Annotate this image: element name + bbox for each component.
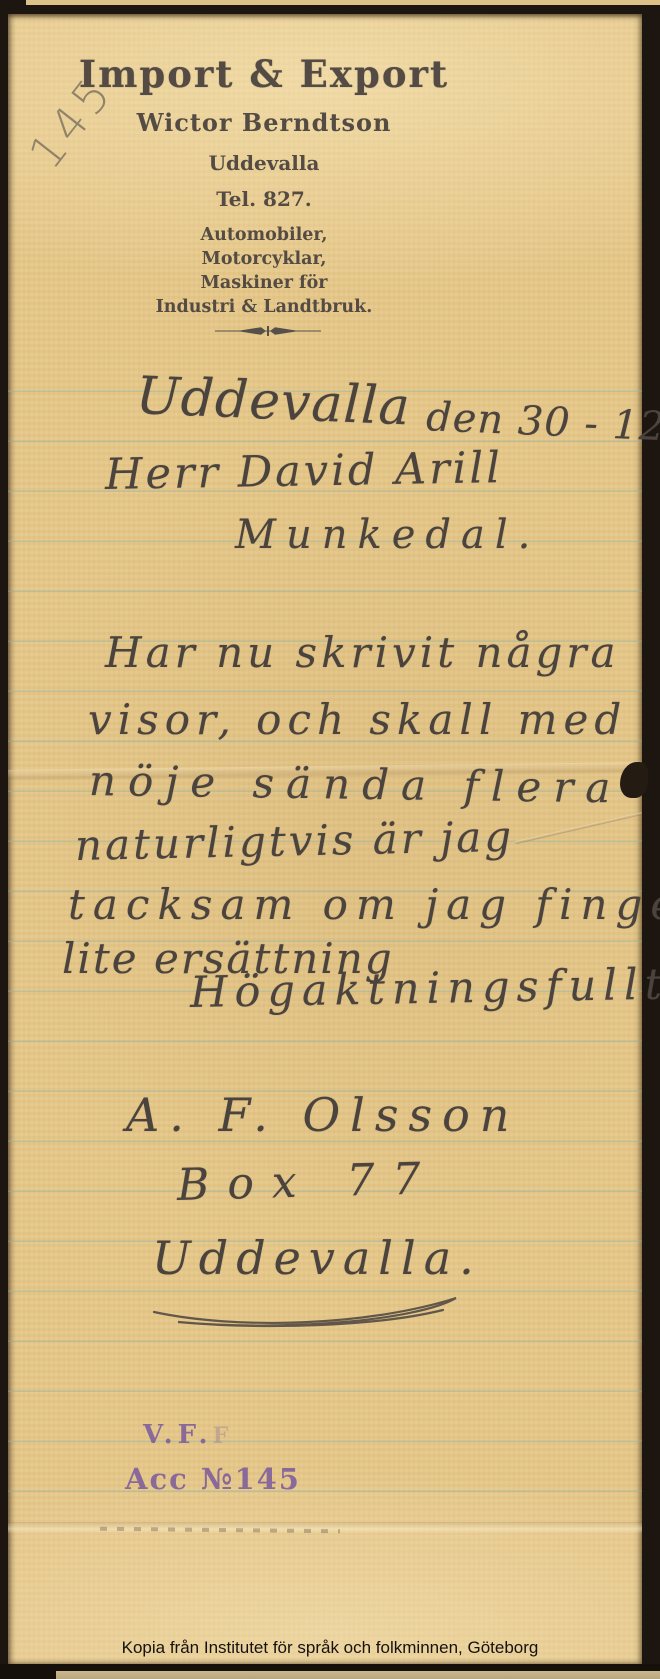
- body-line: Har nu skrivit några: [105, 628, 620, 677]
- letterhead-telephone: Tel. 827.: [8, 187, 520, 211]
- scan-bottom-strip: [56, 1671, 660, 1679]
- letterhead-city: Uddevalla: [8, 151, 520, 175]
- service-line: Maskiner för: [8, 271, 520, 295]
- stamp-initials-text: V.F.: [143, 1420, 213, 1450]
- archive-stamp-accession: Acc №145: [125, 1462, 301, 1496]
- edge-tear-crease: [515, 812, 642, 844]
- stamp-acc-number: 145: [234, 1462, 301, 1496]
- body-line: tacksam om jag finge: [68, 880, 660, 929]
- stamp-acc-prefix: Acc №: [125, 1462, 234, 1496]
- closing-phrase: Högaktningsfullt: [190, 960, 660, 1018]
- letterhead: Import & Export Wictor Berndtson Uddeval…: [8, 52, 520, 319]
- stamp-initials-faint: F: [213, 1423, 234, 1449]
- archive-stamp-initials: V.F.F: [143, 1420, 233, 1450]
- signature-box: Box 77: [176, 1153, 439, 1211]
- letterhead-title: Import & Export: [8, 52, 520, 96]
- divider-ornament: [213, 324, 323, 338]
- letterhead-services: Automobiler, Motorcyklar, Maskiner för I…: [8, 223, 520, 319]
- edge-tear-ink-blot: [620, 762, 648, 798]
- dateline-place: Uddevalla: [135, 366, 412, 437]
- body-line: naturligtvis är jag: [74, 812, 514, 870]
- signature-underline-flourish: [148, 1286, 488, 1334]
- dateline: Uddevalla den 30 - 12 1920: [135, 366, 660, 455]
- service-line: Motorcyklar,: [8, 247, 520, 271]
- body-line: visor, och skall med: [88, 695, 627, 744]
- letterhead-proprietor: Wictor Berndtson: [8, 108, 520, 137]
- service-line: Automobiler,: [8, 223, 520, 247]
- signature-city: Uddevalla.: [152, 1231, 482, 1285]
- recipient-place: Munkedal.: [235, 512, 540, 558]
- signature-name: A. F. Olsson: [126, 1088, 519, 1142]
- scan-caption: Kopia från Institutet för språk och folk…: [0, 1638, 660, 1658]
- recipient-name: Herr David Arill: [105, 443, 504, 500]
- service-line: Industri & Landtbruk.: [8, 295, 520, 319]
- letter-page: 145 Import & Export Wictor Berndtson Udd…: [8, 14, 642, 1664]
- body-line: nöje sända flera: [89, 756, 623, 812]
- scan-top-edge: [26, 0, 660, 5]
